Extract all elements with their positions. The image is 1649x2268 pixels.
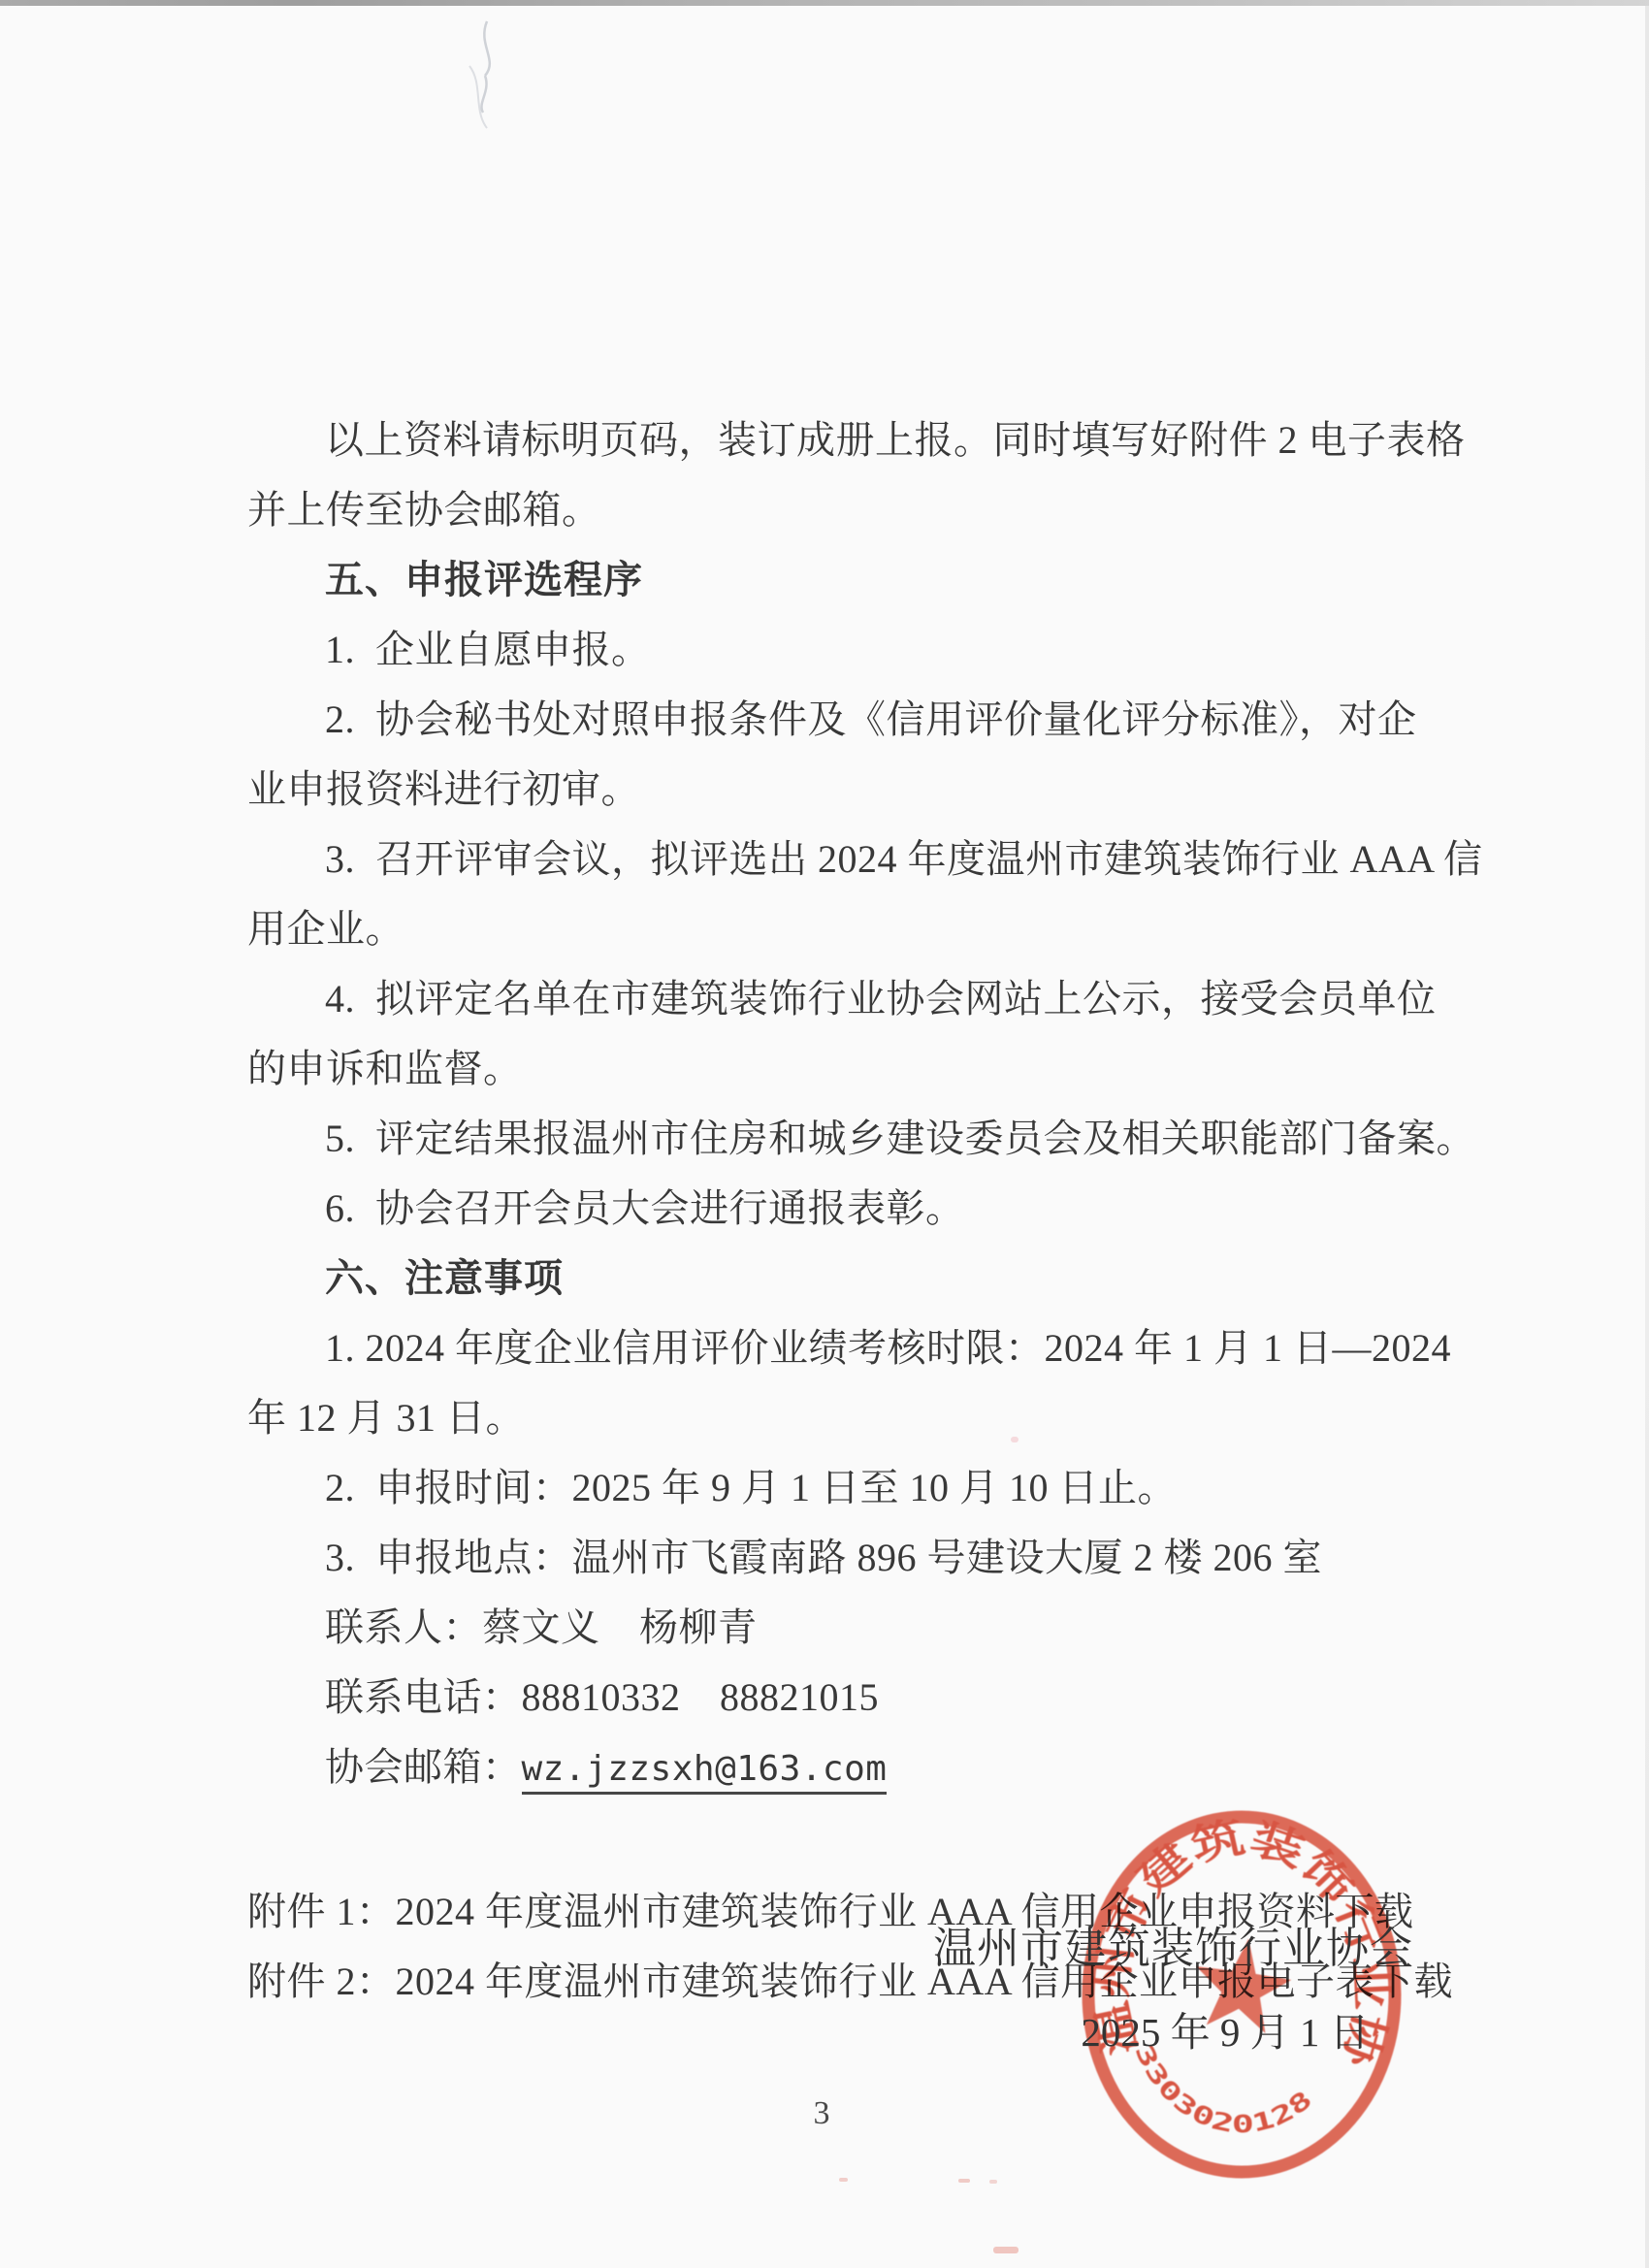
scan-edge-artifact-top (0, 0, 1649, 6)
ink-speck (1011, 1437, 1018, 1442)
document-line: 3. 申报地点：温州市飞霞南路 896 号建设大厦 2 楼 206 室 (247, 1523, 1445, 1593)
line-text: 五、申报评选程序 (325, 558, 643, 601)
line-text: 业申报资料进行初审。 (247, 767, 640, 811)
document-line: 1. 企业自愿申报。 (247, 615, 1445, 685)
scan-edge-artifact-right (1645, 0, 1649, 2268)
document-line: 的申诉和监督。 (247, 1034, 1445, 1104)
document-line: 5. 评定结果报温州市住房和城乡建设委员会及相关职能部门备案。 (247, 1104, 1445, 1174)
line-text: 2. 协会秘书处对照申报条件及《信用评价量化评分标准》，对企 (325, 697, 1417, 741)
line-text: 3. 申报地点：温州市飞霞南路 896 号建设大厦 2 楼 206 室 (325, 1536, 1322, 1579)
line-text: 3. 召开评审会议，拟评选出 2024 年度温州市建筑装饰行业 AAA 信 (325, 837, 1482, 881)
line-text: 5. 评定结果报温州市住房和城乡建设委员会及相关职能部门备案。 (325, 1117, 1475, 1160)
ink-speck (989, 2180, 997, 2184)
document-body: 以上资料请标明页码，装订成册上报。同时填写好附件 2 电子表格并上传至协会邮箱。… (247, 196, 1445, 1802)
document-line: 业申报资料进行初审。 (247, 755, 1445, 825)
document-line: 五、申报评选程序 (247, 545, 1445, 615)
line-text: 并上传至协会邮箱。 (247, 488, 601, 532)
scanned-document-page: 以上资料请标明页码，装订成册上报。同时填写好附件 2 电子表格并上传至协会邮箱。… (0, 0, 1649, 2268)
document-line: 年 12 月 31 日。 (247, 1383, 1445, 1453)
ink-smudge (993, 2247, 1018, 2253)
line-text: 联系人：蔡文义 杨柳青 (325, 1605, 758, 1649)
document-line: 并上传至协会邮箱。 (247, 475, 1445, 545)
document-line: 4. 拟评定名单在市建筑装饰行业协会网站上公示，接受会员单位 (247, 964, 1445, 1034)
line-text: 4. 拟评定名单在市建筑装饰行业协会网站上公示，接受会员单位 (325, 977, 1437, 1021)
document-line: 联系人：蔡文义 杨柳青 (247, 1593, 1445, 1663)
line-text: 以上资料请标明页码，装订成册上报。同时填写好附件 2 电子表格 (325, 418, 1466, 462)
ink-speck (839, 2178, 848, 2182)
line-text: 6. 协会召开会员大会进行通报表彰。 (325, 1186, 965, 1230)
document-line: 六、注意事项 (247, 1244, 1445, 1313)
document-line: 6. 协会召开会员大会进行通报表彰。 (247, 1174, 1445, 1244)
line-text: 2. 申报时间：2025 年 9 月 1 日至 10 月 10 日止。 (325, 1466, 1177, 1509)
pencil-scribble-mark (427, 10, 553, 155)
signature-date: 2025 年 9 月 1 日 (1017, 2000, 1434, 2057)
line-text: 用企业。 (247, 907, 404, 951)
line-text: 六、注意事项 (325, 1256, 564, 1300)
line-text: 1. 2024 年度企业信用评价业绩考核时限：2024 年 1 月 1 日—20… (325, 1326, 1451, 1370)
signature-organization: 温州市建筑装饰行业协会 (933, 1913, 1413, 1975)
line-text: 1. 企业自愿申报。 (325, 628, 651, 671)
line-text: 年 12 月 31 日。 (247, 1396, 525, 1440)
document-line: 2. 协会秘书处对照申报条件及《信用评价量化评分标准》，对企 (247, 685, 1445, 755)
page-number: 3 (792, 2095, 851, 2132)
document-line: 用企业。 (247, 894, 1445, 964)
official-seal-stamp: 温州市建筑装饰行业协会 3303020128859 (1048, 1783, 1436, 2210)
document-line: 1. 2024 年度企业信用评价业绩考核时限：2024 年 1 月 1 日—20… (247, 1313, 1445, 1383)
document-line: 2. 申报时间：2025 年 9 月 1 日至 10 月 10 日止。 (247, 1453, 1445, 1523)
document-line: 3. 召开评审会议，拟评选出 2024 年度温州市建筑装饰行业 AAA 信 (247, 825, 1445, 894)
line-text: 的申诉和监督。 (247, 1047, 523, 1090)
ink-speck (958, 2179, 970, 2183)
document-line: 以上资料请标明页码，装订成册上报。同时填写好附件 2 电子表格 (247, 405, 1445, 475)
